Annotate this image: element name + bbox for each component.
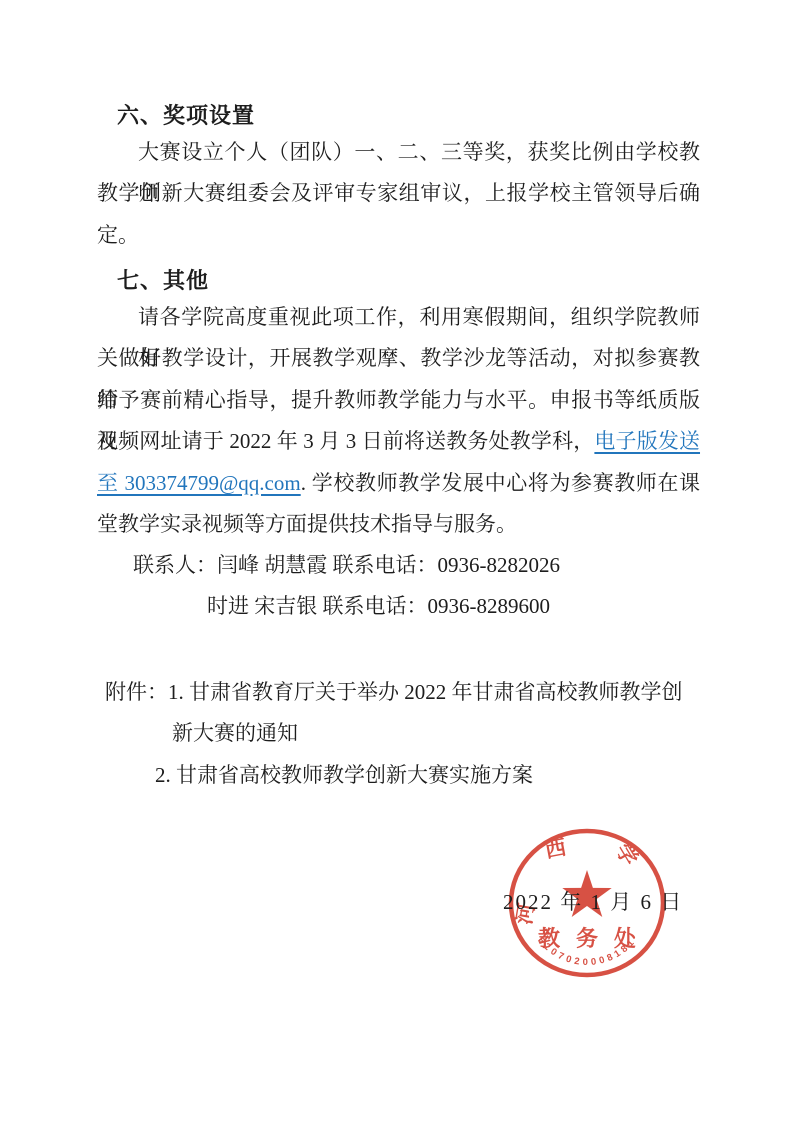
section-7-paragraph: 请各学院高度重视此项工作，利用寒假期间，组织学院教师相 关做好教学设计，开展教学… [97, 297, 700, 545]
email-link[interactable]: 电子版发送 [594, 429, 700, 453]
attachment-line: 新大赛的通知 [97, 713, 700, 754]
paragraph-text: . 学校教师教学发展中心将为参赛教师在课 [301, 471, 700, 495]
date-line: 2022 年 1 月 6 日 [503, 882, 683, 923]
contact-block: 联系人：闫峰 胡慧霞 联系电话：0936-8282026 时进 宋吉银 联系电话… [97, 545, 700, 628]
paragraph-line: 关做好教学设计，开展教学观摩、教学沙龙等活动，对拟参赛教师 [97, 338, 700, 379]
paragraph-line: 请各学院高度重视此项工作，利用寒假期间，组织学院教师相 [97, 297, 700, 338]
paragraph-line: 视频网址请于 2022 年 3 月 3 日前将送教务处教学科，电子版发送 [97, 421, 700, 462]
paragraph-line: 定。 [97, 215, 700, 256]
paragraph-line: 给予赛前精心指导，提升教师教学能力与水平。申报书等纸质版及 [97, 380, 700, 421]
section-7-heading: 七、其他 [117, 268, 209, 294]
email-link[interactable]: 至 303374799@qq.com [97, 471, 301, 495]
attachment-line: 2. 甘肃省高校教师教学创新大赛实施方案 [97, 755, 700, 796]
contact-line: 时进 宋吉银 联系电话：0936-8289600 [97, 586, 700, 627]
paragraph-line: 教学创新大赛组委会及评审专家组审议，上报学校主管领导后确 [97, 173, 700, 214]
paragraph-line: 大赛设立个人（团队）一、二、三等奖，获奖比例由学校教师 [97, 132, 700, 173]
attachment-line: 附件：1. 甘肃省教育厅关于举办 2022 年甘肃省高校教师教学创 [97, 672, 700, 713]
section-6-paragraph: 大赛设立个人（团队）一、二、三等奖，获奖比例由学校教师 教学创新大赛组委会及评审… [97, 132, 700, 256]
attachments-block: 附件：1. 甘肃省教育厅关于举办 2022 年甘肃省高校教师教学创 新大赛的通知… [97, 672, 700, 796]
contact-line: 联系人：闫峰 胡慧霞 联系电话：0936-8282026 [97, 545, 700, 586]
document-page: 六、奖项设置 大赛设立个人（团队）一、二、三等奖，获奖比例由学校教师 教学创新大… [0, 0, 794, 1123]
paragraph-text: 视频网址请于 2022 年 3 月 3 日前将送教务处教学科， [97, 429, 594, 453]
section-6-heading: 六、奖项设置 [117, 103, 255, 129]
paragraph-line: 堂教学实录视频等方面提供技术指导与服务。 [97, 504, 700, 545]
paragraph-line: 至 303374799@qq.com. 学校教师教学发展中心将为参赛教师在课 [97, 463, 700, 504]
